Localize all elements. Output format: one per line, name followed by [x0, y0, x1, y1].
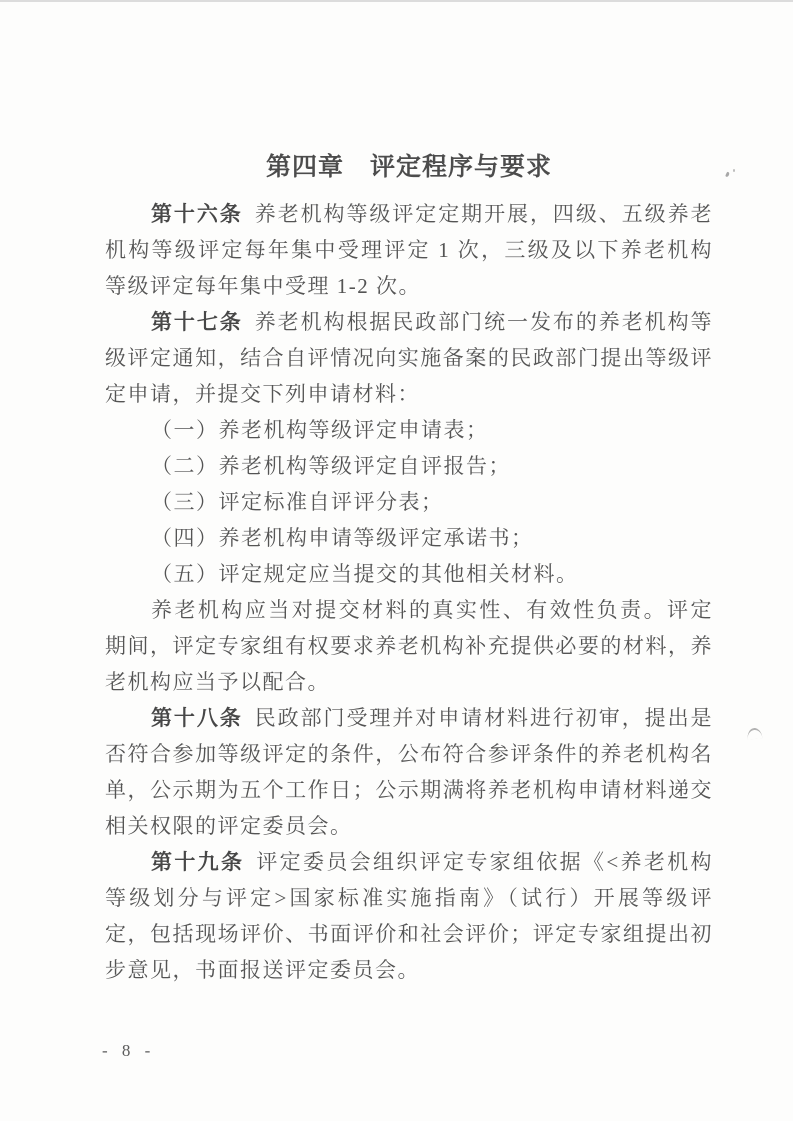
responsibility-paragraph: 养老机构应当对提交材料的真实性、有效性负责。评定期间，评定专家组有权要求养老机构… [105, 592, 713, 700]
scan-mark [746, 727, 762, 740]
list-item-2: （二）养老机构等级评定自评报告； [105, 448, 713, 484]
list-item-5-text: （五）评定规定应当提交的其他相关材料。 [151, 562, 579, 586]
article-18-number: 第十八条 [151, 706, 243, 730]
document-content: 第四章 评定程序与要求 第十六条养老机构等级评定定期开展，四级、五级养老机构等级… [105, 150, 713, 988]
chapter-title: 第四章 评定程序与要求 [105, 150, 713, 184]
scan-edge-line [0, 0, 793, 2]
responsibility-text: 养老机构应当对提交材料的真实性、有效性负责。评定期间，评定专家组有权要求养老机构… [105, 598, 713, 694]
article-17-number: 第十七条 [151, 310, 243, 334]
article-16-paragraph: 第十六条养老机构等级评定定期开展，四级、五级养老机构等级评定每年集中受理评定 1… [105, 196, 713, 304]
page-number: - 8 - [102, 1041, 155, 1061]
article-19-number: 第十九条 [151, 850, 244, 874]
article-16-number: 第十六条 [151, 202, 243, 226]
list-item-4-text: （四）养老机构申请等级评定承诺书； [151, 526, 534, 550]
list-item-1: （一）养老机构等级评定申请表； [105, 412, 713, 448]
document-page: 第四章 评定程序与要求 第十六条养老机构等级评定定期开展，四级、五级养老机构等级… [0, 0, 793, 1121]
scan-speck [733, 169, 735, 172]
list-item-3: （三）评定标准自评评分表； [105, 484, 713, 520]
scan-speck [725, 172, 730, 178]
article-19-paragraph: 第十九条评定委员会组织评定专家组依据《<养老机构等级划分与评定>国家标准实施指南… [105, 844, 713, 988]
list-item-2-text: （二）养老机构等级评定自评报告； [151, 454, 511, 478]
list-item-1-text: （一）养老机构等级评定申请表； [151, 418, 489, 442]
list-item-4: （四）养老机构申请等级评定承诺书； [105, 520, 713, 556]
list-item-5: （五）评定规定应当提交的其他相关材料。 [105, 556, 713, 592]
list-item-3-text: （三）评定标准自评评分表； [151, 490, 444, 514]
article-18-paragraph: 第十八条民政部门受理并对申请材料进行初审，提出是否符合参加等级评定的条件，公布符… [105, 700, 713, 844]
article-17-paragraph: 第十七条养老机构根据民政部门统一发布的养老机构等级评定通知，结合自评情况向实施备… [105, 304, 713, 412]
